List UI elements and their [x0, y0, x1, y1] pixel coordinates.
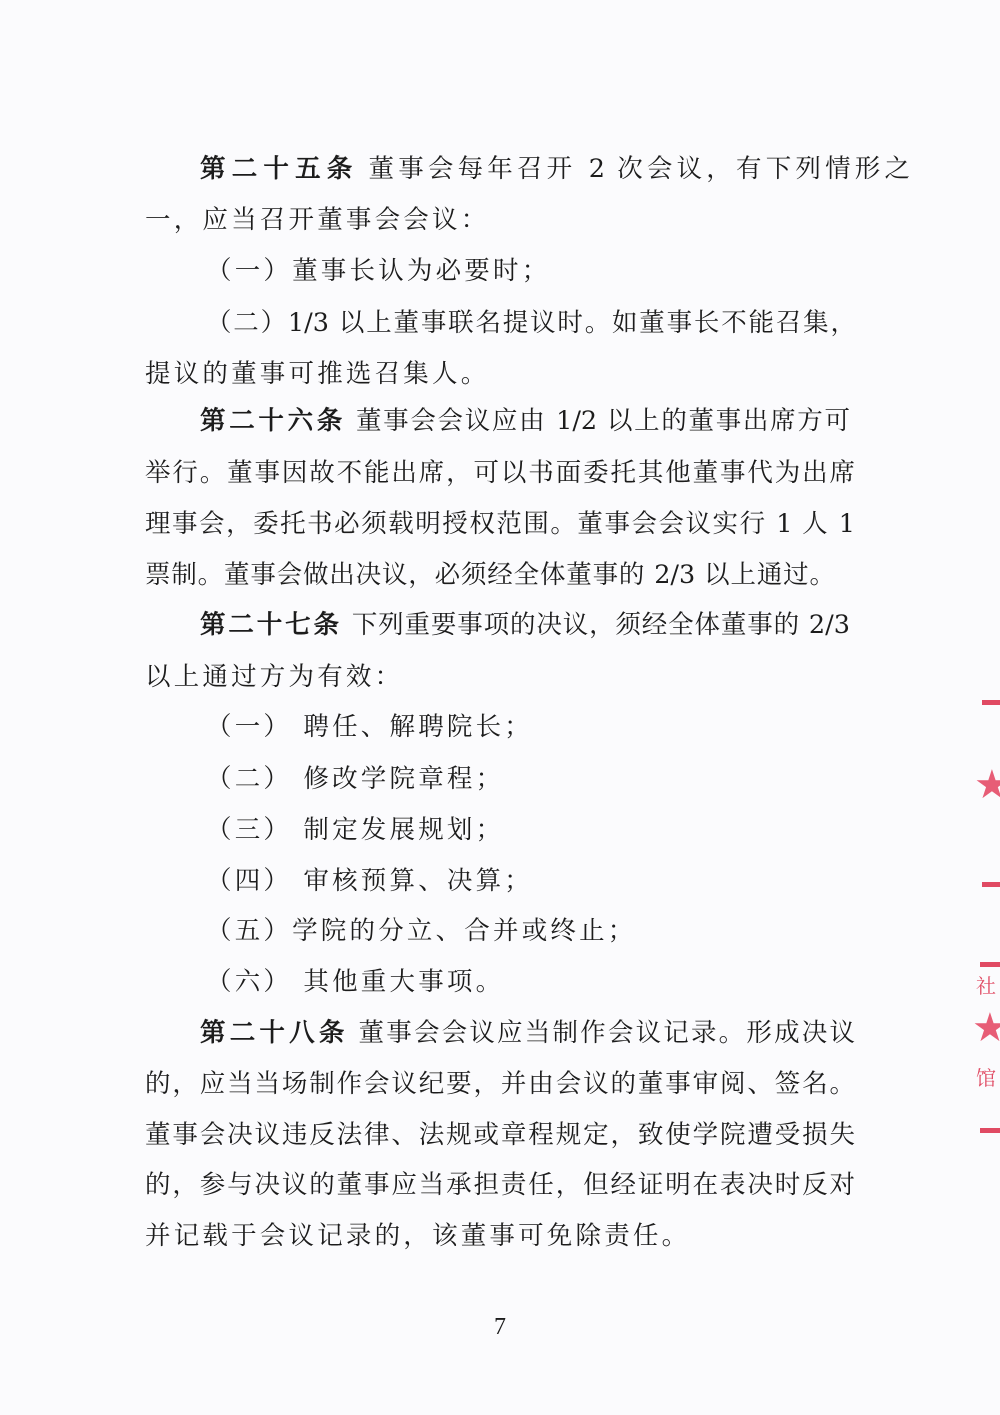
article-25-line-1: 第二十五条董事会每年召开 2 次会议，有下列情形之	[200, 152, 910, 186]
article-27-list-item-3: （三） 制定发展规划；	[206, 813, 916, 847]
article-26-line-3: 理事会，委托书必须载明授权范围。董事会会议实行 1 人 1	[145, 507, 855, 541]
article-28-line-5: 并记载于会议记录的，该董事可免除责任。	[145, 1219, 855, 1253]
article-27-list-item-4: （四） 审核预算、决算；	[206, 864, 916, 898]
article-28-line-3: 董事会决议违反法律、法规或章程规定，致使学院遭受损失	[145, 1118, 855, 1152]
article-26-line-2: 举行。董事因故不能出席，可以书面委托其他董事代为出席	[145, 456, 855, 490]
article-27-heading: 第二十七条	[200, 610, 342, 640]
page-number: 7	[0, 1314, 1000, 1341]
official-seal-fragment: ★ 社 ★ 馆	[968, 690, 1000, 1140]
article-25-item-1: （一）董事长认为必要时；	[206, 254, 916, 288]
article-26-heading: 第二十六条	[200, 406, 346, 436]
seal-character: 社	[976, 970, 996, 999]
seal-border-segment	[982, 882, 1000, 887]
article-27-list-item-6: （六） 其他重大事项。	[206, 965, 916, 999]
seal-border-segment	[982, 700, 1000, 705]
article-25-heading: 第二十五条	[200, 154, 359, 184]
article-27-list-item-1: （一） 聘任、解聘院长；	[206, 710, 916, 744]
article-26-line-4: 票制。董事会做出决议，必须经全体董事的 2/3 以上通过。	[145, 558, 835, 592]
article-27-line-1: 第二十七条下列重要事项的决议，须经全体董事的 2/3	[200, 608, 850, 642]
article-25-line-2: 一，应当召开董事会会议：	[145, 203, 855, 237]
article-27-line-2: 以上通过方为有效：	[145, 660, 855, 694]
article-25-item-2-line-2: 提议的董事可推选召集人。	[145, 357, 855, 391]
article-25-item-2-line-1: （二）1/3 以上董事联名提议时。如董事长不能召集，	[206, 306, 856, 340]
article-27-list-item-5: （五）学院的分立、合并或终止；	[206, 914, 916, 948]
article-28-line-4: 的，参与决议的董事应当承担责任，但经证明在表决时反对	[145, 1168, 855, 1202]
article-27-list-item-2: （二） 修改学院章程；	[206, 762, 916, 796]
article-28-line-1: 第二十八条董事会会议应当制作会议记录。形成决议	[200, 1016, 855, 1050]
seal-border-segment	[980, 962, 1000, 967]
seal-star-icon: ★	[974, 765, 1000, 805]
article-26-line-1: 第二十六条董事会会议应由 1/2 以上的董事出席方可	[200, 404, 850, 438]
document-page: 第二十五条董事会每年召开 2 次会议，有下列情形之 一，应当召开董事会会议： （…	[0, 0, 1000, 1415]
seal-border-segment	[980, 1128, 1000, 1133]
seal-character: 馆	[976, 1062, 996, 1091]
article-28-line-2: 的，应当当场制作会议纪要，并由会议的董事审阅、签名。	[145, 1067, 855, 1101]
article-28-heading: 第二十八条	[200, 1018, 349, 1048]
seal-star-icon: ★	[972, 1008, 1000, 1048]
